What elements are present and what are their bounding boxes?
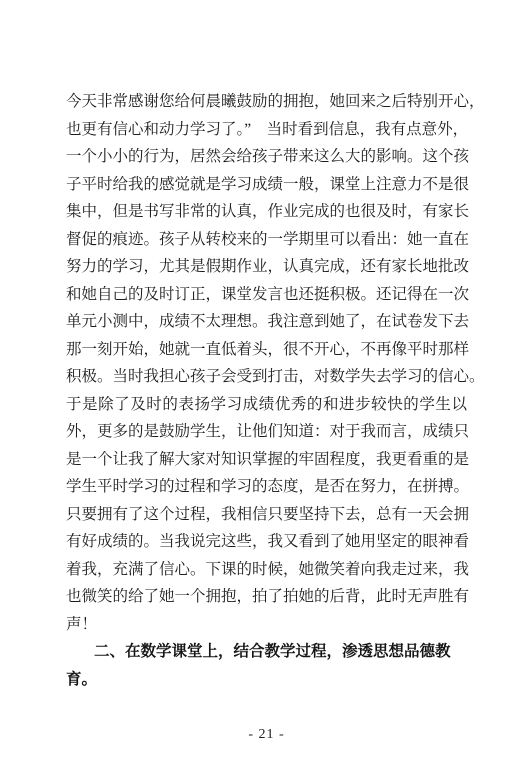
text-line: 督促的痕迹。孩子从转校来的一学期里可以看出：她一直在 [66, 226, 467, 254]
text-line: 学生平时学习的过程和学习的态度，是否在努力，在拼搏。 [66, 473, 467, 501]
text-line: 有好成绩的。当我说完这些，我又看到了她用坚定的眼神看 [66, 528, 467, 556]
text-line: 外，更多的是鼓励学生，让他们知道：对于我而言，成绩只 [66, 418, 467, 446]
text-line: 和她自己的及时订正，课堂发言也还挺积极。还记得在一次 [66, 281, 467, 309]
text-line: 着我，充满了信心。下课的时候，她微笑着向我走过来，我 [66, 556, 467, 584]
page-number: - 21 - [248, 727, 284, 742]
text-line: 那一刻开始，她就一直低着头，很不开心，不再像平时那样 [66, 336, 467, 364]
text-line: 于是除了及时的表扬学习成绩优秀的和进步较快的学生以 [66, 391, 467, 419]
document-page: 今天非常感谢您给何晨曦鼓励的拥抱，她回来之后特别开心，也更有信心和动力学习了。”… [0, 0, 532, 768]
text-line: 声！ [66, 611, 467, 639]
text-line: 今天非常感谢您给何晨曦鼓励的拥抱，她回来之后特别开心， [66, 88, 467, 116]
text-line: 只要拥有了这个过程，我相信只要坚持下去，总有一天会拥 [66, 501, 467, 529]
text-line: 积极。当时我担心孩子会受到打击，对数学失去学习的信心。 [66, 363, 467, 391]
text-line: 子平时给我的感觉就是学习成绩一般，课堂上注意力不是很 [66, 171, 467, 199]
page-footer: - 21 - [66, 725, 467, 743]
text-line: 是一个让我了解大家对知识掌握的牢固程度，我更看重的是 [66, 446, 467, 474]
text-line: 也更有信心和动力学习了。” 当时看到信息，我有点意外， [66, 116, 467, 144]
text-line: 一个小小的行为，居然会给孩子带来这么大的影响。这个孩 [66, 143, 467, 171]
paragraph-continuation: 今天非常感谢您给何晨曦鼓励的拥抱，她回来之后特别开心，也更有信心和动力学习了。”… [66, 88, 467, 638]
section-heading: 二、在数学课堂上，结合教学过程，渗透思想品德教育。 [66, 638, 467, 693]
text-line: 集中，但是书写非常的认真，作业完成的也很及时，有家长 [66, 198, 467, 226]
text-line: 单元小测中，成绩不太理想。我注意到她了，在试卷发下去 [66, 308, 467, 336]
text-line: 也微笑的给了她一个拥抱，拍了拍她的后背，此时无声胜有 [66, 583, 467, 611]
text-line: 努力的学习，尤其是假期作业，认真完成，还有家长地批改 [66, 253, 467, 281]
